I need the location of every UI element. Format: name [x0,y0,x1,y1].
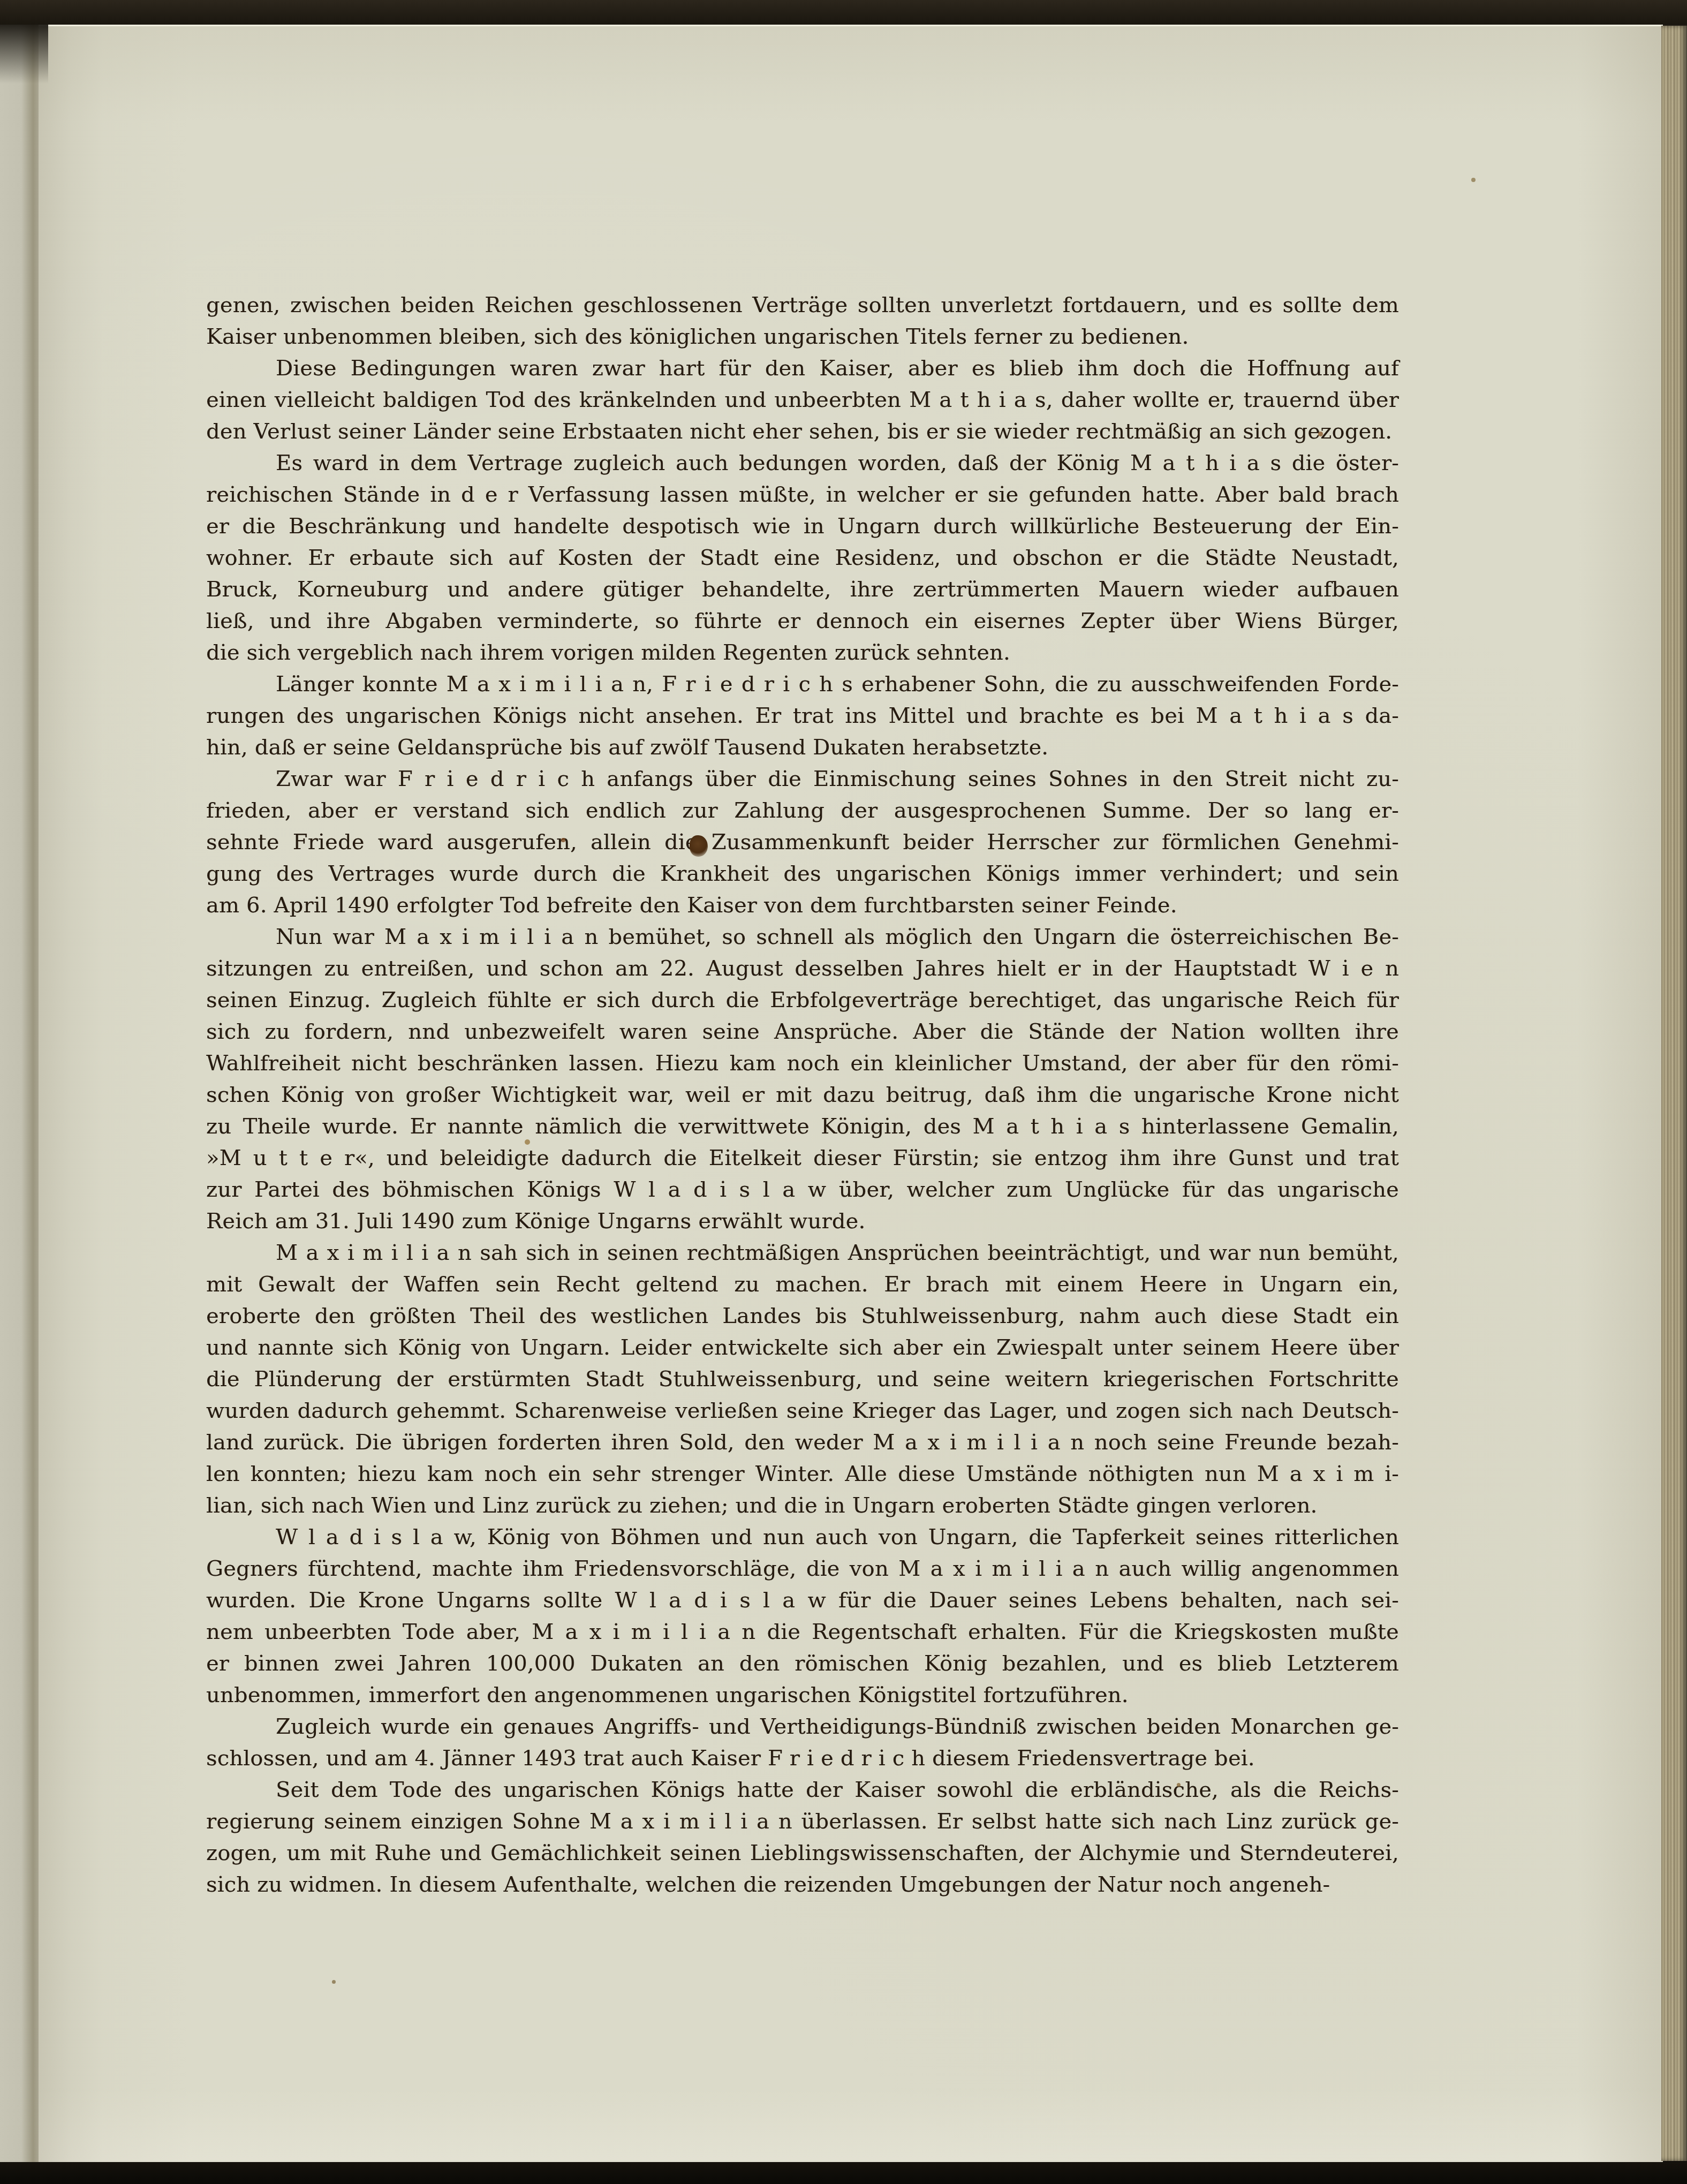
paper-speck [561,838,565,842]
text-line: und nannte sich König von Ungarn. Leider… [206,1332,1399,1364]
text-line: nem unbeerbten Tode aber, M a x i m i l … [206,1616,1399,1648]
paragraph: Zwar war F r i e d r i c h anfangs über … [206,764,1399,921]
text-line: schen König von großer Wichtigkeit war, … [206,1079,1399,1111]
text-line: die sich vergeblich nach ihrem vorigen m… [206,637,1399,669]
text-line: ließ, und ihre Abgaben verminderte, so f… [206,606,1399,637]
paragraph: W l a d i s l a w, König von Böhmen und … [206,1522,1399,1711]
text-block: genen, zwischen beiden Reichen geschloss… [206,290,1399,1901]
text-line: Reich am 31. Juli 1490 zum Könige Ungarn… [206,1206,1399,1237]
text-line: die Plünderung der erstürmten Stadt Stuh… [206,1364,1399,1395]
paragraph: Diese Bedingungen waren zwar hart für de… [206,353,1399,448]
text-line: rungen des ungarischen Königs nicht anse… [206,700,1399,732]
text-line: sehnte Friede ward ausgerufen, allein di… [206,827,1399,858]
book-page: genen, zwischen beiden Reichen geschloss… [39,25,1663,2167]
text-line: zur Partei des böhmischen Königs W l a d… [206,1174,1399,1206]
scan-background-top [0,0,1687,25]
text-line: reichischen Stände in d e r Verfassung l… [206,479,1399,511]
ink-blot [690,835,708,857]
text-line: genen, zwischen beiden Reichen geschloss… [206,290,1399,321]
text-line: sich zu fordern, nnd unbezweifelt waren … [206,1016,1399,1048]
text-line: lian, sich nach Wien und Linz zurück zu … [206,1490,1399,1522]
paper-speck [1471,178,1476,182]
text-line: einen vielleicht baldigen Tod des kränke… [206,384,1399,416]
text-line: Gegners fürchtend, machte ihm Friedensvo… [206,1553,1399,1585]
text-line: »M u t t e r«, und beleidigte dadurch di… [206,1143,1399,1174]
text-line: gung des Vertrages wurde durch die Krank… [206,858,1399,890]
text-line: mit Gewalt der Waffen sein Recht geltend… [206,1269,1399,1301]
paragraph: genen, zwischen beiden Reichen geschloss… [206,290,1399,353]
text-line: unbenommen, immerfort den angenommenen u… [206,1680,1399,1711]
text-line: Bruck, Korneuburg und andere gütiger beh… [206,574,1399,606]
text-line: er die Beschränkung und handelte despoti… [206,511,1399,542]
text-line: len konnten; hiezu kam noch ein sehr str… [206,1458,1399,1490]
text-line: M a x i m i l i a n sah sich in seinen r… [206,1237,1399,1269]
text-line: wurden dadurch gehemmt. Scharenweise ver… [206,1395,1399,1427]
paper-speck [332,1980,336,1984]
text-line: er binnen zwei Jahren 100,000 Dukaten an… [206,1648,1399,1680]
text-line: wohner. Er erbaute sich auf Kosten der S… [206,542,1399,574]
paper-speck [525,1139,530,1145]
text-line: Nun war M a x i m i l i a n bemühet, so … [206,921,1399,953]
text-line: sich zu widmen. In diesem Aufenthalte, w… [206,1869,1399,1901]
paragraph: Länger konnte M a x i m i l i a n, F r i… [206,669,1399,764]
paragraph: Seit dem Tode des ungarischen Königs hat… [206,1774,1399,1901]
text-line: am 6. April 1490 erfolgter Tod befreite … [206,890,1399,921]
text-line: seinen Einzug. Zugleich fühlte er sich d… [206,985,1399,1016]
text-line: Länger konnte M a x i m i l i a n, F r i… [206,669,1399,700]
gutter-shadow [0,25,48,84]
scan-background-bottom [0,2162,1687,2184]
text-line: frieden, aber er verstand sich endlich z… [206,795,1399,827]
text-line: hin, daß er seine Geldansprüche bis auf … [206,732,1399,764]
text-line: wurden. Die Krone Ungarns sollte W l a d… [206,1585,1399,1616]
paragraph: Zugleich wurde ein genaues Angriffs- und… [206,1711,1399,1774]
text-line: zu Theile wurde. Er nannte nämlich die v… [206,1111,1399,1143]
text-line: W l a d i s l a w, König von Böhmen und … [206,1522,1399,1553]
text-line: den Verlust seiner Länder seine Erbstaat… [206,416,1399,448]
text-line: schlossen, und am 4. Jänner 1493 trat au… [206,1743,1399,1774]
text-line: zogen, um mit Ruhe und Gemächlichkeit se… [206,1838,1399,1869]
text-line: eroberte den größten Theil des westliche… [206,1301,1399,1332]
book-scan: genen, zwischen beiden Reichen geschloss… [0,0,1687,2184]
text-line: Zwar war F r i e d r i c h anfangs über … [206,764,1399,795]
text-line: Seit dem Tode des ungarischen Königs hat… [206,1774,1399,1806]
text-line: Kaiser unbenommen bleiben, sich des köni… [206,321,1399,353]
paper-speck [1177,1783,1181,1787]
text-line: sitzungen zu entreißen, und schon am 22.… [206,953,1399,985]
text-line: Diese Bedingungen waren zwar hart für de… [206,353,1399,384]
paragraph: Es ward in dem Vertrage zugleich auch be… [206,448,1399,669]
text-line: land zurück. Die übrigen forderten ihren… [206,1427,1399,1458]
text-line: Es ward in dem Vertrage zugleich auch be… [206,448,1399,479]
text-line: Wahlfreiheit nicht beschränken lassen. H… [206,1048,1399,1079]
text-line: Zugleich wurde ein genaues Angriffs- und… [206,1711,1399,1743]
paper-speck [1318,432,1323,436]
fore-edge-page-stack [1661,26,1687,2161]
paragraph: Nun war M a x i m i l i a n bemühet, so … [206,921,1399,1237]
paragraph: M a x i m i l i a n sah sich in seinen r… [206,1237,1399,1522]
text-line: regierung seinem einzigen Sohne M a x i … [206,1806,1399,1838]
